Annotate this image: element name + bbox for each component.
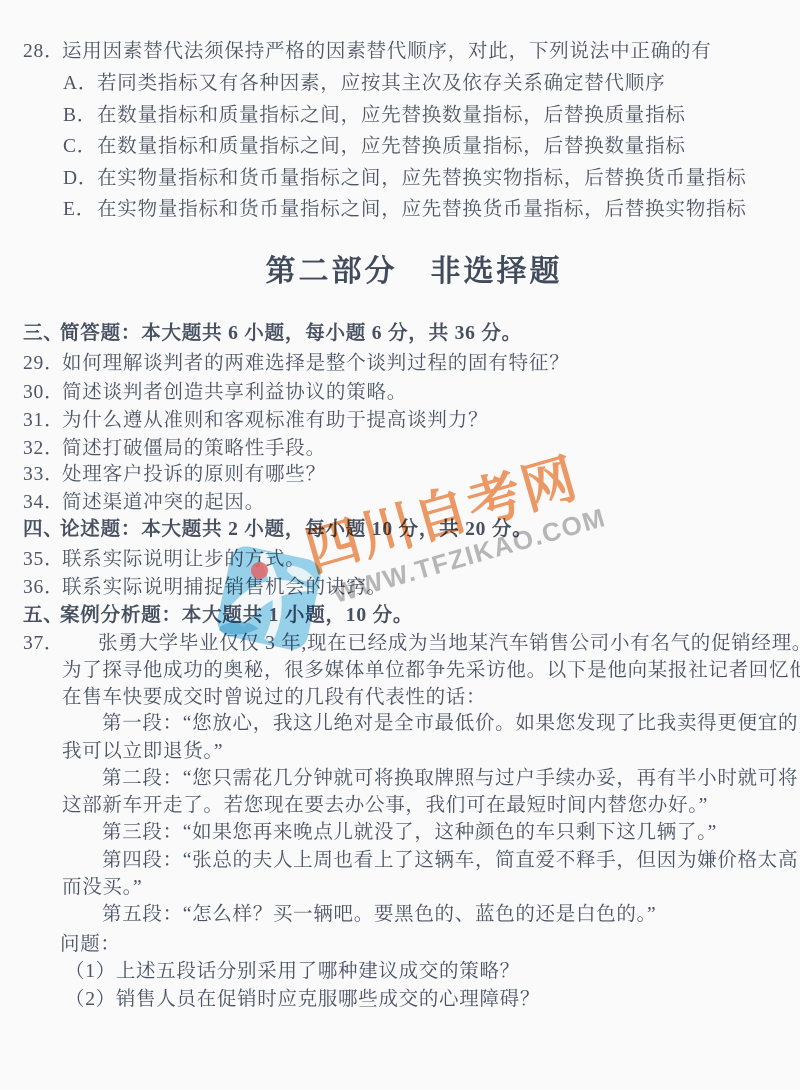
section-five-header: 五、 案例分析题：本大题共 1 小题，10 分。 [0, 602, 800, 630]
section-number: 四、 [23, 516, 64, 544]
question-number: 35． [23, 546, 64, 574]
option-label: D． [63, 165, 98, 193]
option-a: A． 若同类指标又有各种因素，应按其主次及依存关系确定替代顺序 [0, 70, 800, 98]
question-text: 简述打破僵局的策略性手段。 [62, 435, 326, 463]
question-number: 30． [23, 379, 64, 407]
question-number: 36． [23, 574, 64, 602]
question-37-line: 37． 张勇大学毕业仅仅 3 年,现在已经成为当地某汽车销售公司小有名气的促销经… [0, 630, 800, 658]
question-number: 33． [23, 461, 64, 489]
case-text: 张勇大学毕业仅仅 3 年,现在已经成为当地某汽车销售公司小有名气的促销经理。 [98, 630, 800, 658]
section-title: 简答题：本大题共 6 小题，每小题 6 分，共 36 分。 [60, 320, 522, 348]
case-text: 我可以立即退货。” [62, 738, 223, 766]
question-37-line: 第三段：“如果您再来晚点儿就没了，这种颜色的车只剩下这几辆了。” [0, 819, 800, 847]
question-28-stem: 28． 运用因素替代法须保持严格的因素替代顺序，对此，下列说法中正确的有 [0, 38, 800, 66]
question-34: 34． 简述渠道冲突的起因。 [0, 489, 800, 517]
question-number: 31． [23, 407, 64, 435]
option-label: E． [63, 196, 96, 224]
question-37-line: 第四段：“张总的夫人上周也看上了这辆车，简直爱不释手，但因为嫌价格太高 [0, 847, 800, 875]
question-32: 32． 简述打破僵局的策略性手段。 [0, 435, 800, 463]
option-d: D． 在实物量指标和货币量指标之间，应先替换实物指标，后替换货币量指标 [0, 165, 800, 193]
label-text: 问题： [60, 931, 121, 959]
option-label: C． [63, 133, 97, 161]
case-text: 为了探寻他成功的奥秘，很多媒体单位都争先采访他。以下是他向某报社记者回忆他 [62, 657, 800, 685]
option-e: E． 在实物量指标和货币量指标之间，应先替换货币量指标，后替换实物指标 [0, 196, 800, 224]
option-c: C． 在数量指标和质量指标之间，应先替换质量指标，后替换数量指标 [0, 133, 800, 161]
question-37-line: 而没买。” [0, 874, 800, 902]
question-number: 28． [23, 38, 64, 66]
question-text: 联系实际说明让步的方式。 [62, 546, 306, 574]
case-text: 第二段：“您只需花几分钟就可将换取牌照与过户手续办妥，再有半小时就可将 [102, 765, 798, 793]
question-37-line: 第一段：“您放心，我这儿绝对是全市最低价。如果您发现了比我卖得更便宜的， [0, 710, 800, 738]
red-dot-marker [251, 562, 268, 579]
option-text: 在数量指标和质量指标之间，应先替换质量指标，后替换数量指标 [97, 133, 686, 161]
option-b: B． 在数量指标和质量指标之间，应先替换数量指标，后替换质量指标 [0, 102, 800, 130]
question-37-line: 第二段：“您只需花几分钟就可将换取牌照与过户手续办妥，再有半小时就可将 [0, 765, 800, 793]
case-text: 而没买。” [62, 874, 142, 902]
question-33: 33． 处理客户投诉的原则有哪些？ [0, 461, 800, 489]
question-31: 31． 为什么遵从准则和客观标准有助于提高谈判力？ [0, 407, 800, 435]
case-text: 这部新车开走了。若您现在要去办公事，我们可在最短时间内替您办好。” [62, 792, 708, 820]
question-number: 37． [23, 630, 64, 658]
case-text: 第五段：“怎么样？买一辆吧。要黑色的、蓝色的还是白色的。” [102, 901, 656, 929]
section-title: 论述题：本大题共 2 小题，每小题 10 分，共 20 分。 [60, 516, 533, 544]
case-text: 第三段：“如果您再来晚点儿就没了，这种颜色的车只剩下这几辆了。” [102, 819, 717, 847]
question-29: 29． 如何理解谈判者的两难选择是整个谈判过程的固有特征？ [0, 350, 800, 378]
case-text: 第一段：“您放心，我这儿绝对是全市最低价。如果您发现了比我卖得更便宜的， [102, 710, 800, 738]
option-text: 在数量指标和质量指标之间，应先替换数量指标，后替换质量指标 [97, 102, 686, 130]
question-35: 35． 联系实际说明让步的方式。 [0, 546, 800, 574]
case-text: 第四段：“张总的夫人上周也看上了这辆车，简直爱不释手，但因为嫌价格太高 [102, 847, 798, 875]
question-37-sub1: （1）上述五段话分别采用了哪种建议成交的策略？ [0, 958, 800, 986]
question-text: 简述谈判者创造共享利益协议的策略。 [62, 379, 407, 407]
part-two-title: 第二部分 非选择题 [0, 246, 800, 290]
section-four-header: 四、 论述题：本大题共 2 小题，每小题 10 分，共 20 分。 [0, 516, 800, 544]
option-label: B． [63, 102, 97, 130]
question-37-line: 在售车快要成交时曾说过的几段有代表性的话： [0, 684, 800, 712]
question-number: 29． [23, 350, 64, 378]
question-30: 30． 简述谈判者创造共享利益协议的策略。 [0, 379, 800, 407]
option-text: 若同类指标又有各种因素，应按其主次及依存关系确定替代顺序 [97, 70, 665, 98]
question-number: 34． [23, 489, 64, 517]
option-label: A． [63, 70, 98, 98]
question-text: 联系实际说明捕捉销售机会的诀窍。 [62, 574, 387, 602]
section-number: 三、 [23, 320, 64, 348]
section-number: 五、 [23, 602, 64, 630]
sub-question-text: （2）销售人员在促销时应克服哪些成交的心理障碍？ [65, 986, 540, 1014]
question-text: 简述渠道冲突的起因。 [62, 489, 265, 517]
question-text: 处理客户投诉的原则有哪些？ [62, 461, 326, 489]
question-text: 为什么遵从准则和客观标准有助于提高谈判力？ [62, 407, 488, 435]
question-37-sub2: （2）销售人员在促销时应克服哪些成交的心理障碍？ [0, 986, 800, 1014]
question-text: 如何理解谈判者的两难选择是整个谈判过程的固有特征？ [62, 350, 570, 378]
question-text: 运用因素替代法须保持严格的因素替代顺序，对此，下列说法中正确的有 [62, 38, 712, 66]
question-37-line: 这部新车开走了。若您现在要去办公事，我们可在最短时间内替您办好。” [0, 792, 800, 820]
section-three-header: 三、 简答题：本大题共 6 小题，每小题 6 分，共 36 分。 [0, 320, 800, 348]
option-text: 在实物量指标和货币量指标之间，应先替换货币量指标，后替换实物指标 [97, 196, 747, 224]
question-37-questions-label: 问题： [0, 931, 800, 959]
question-37-line: 我可以立即退货。” [0, 738, 800, 766]
question-37-line: 第五段：“怎么样？买一辆吧。要黑色的、蓝色的还是白色的。” [0, 901, 800, 929]
question-36: 36． 联系实际说明捕捉销售机会的诀窍。 [0, 574, 800, 602]
case-text: 在售车快要成交时曾说过的几段有代表性的话： [62, 684, 486, 712]
section-title: 案例分析题：本大题共 1 小题，10 分。 [60, 602, 413, 630]
question-number: 32． [23, 435, 64, 463]
question-37-line: 为了探寻他成功的奥秘，很多媒体单位都争先采访他。以下是他向某报社记者回忆他 [0, 657, 800, 685]
exam-paper-page: 28． 运用因素替代法须保持严格的因素替代顺序，对此，下列说法中正确的有 A． … [0, 0, 800, 1090]
sub-question-text: （1）上述五段话分别采用了哪种建议成交的策略？ [65, 958, 520, 986]
option-text: 在实物量指标和货币量指标之间，应先替换实物指标，后替换货币量指标 [97, 165, 747, 193]
